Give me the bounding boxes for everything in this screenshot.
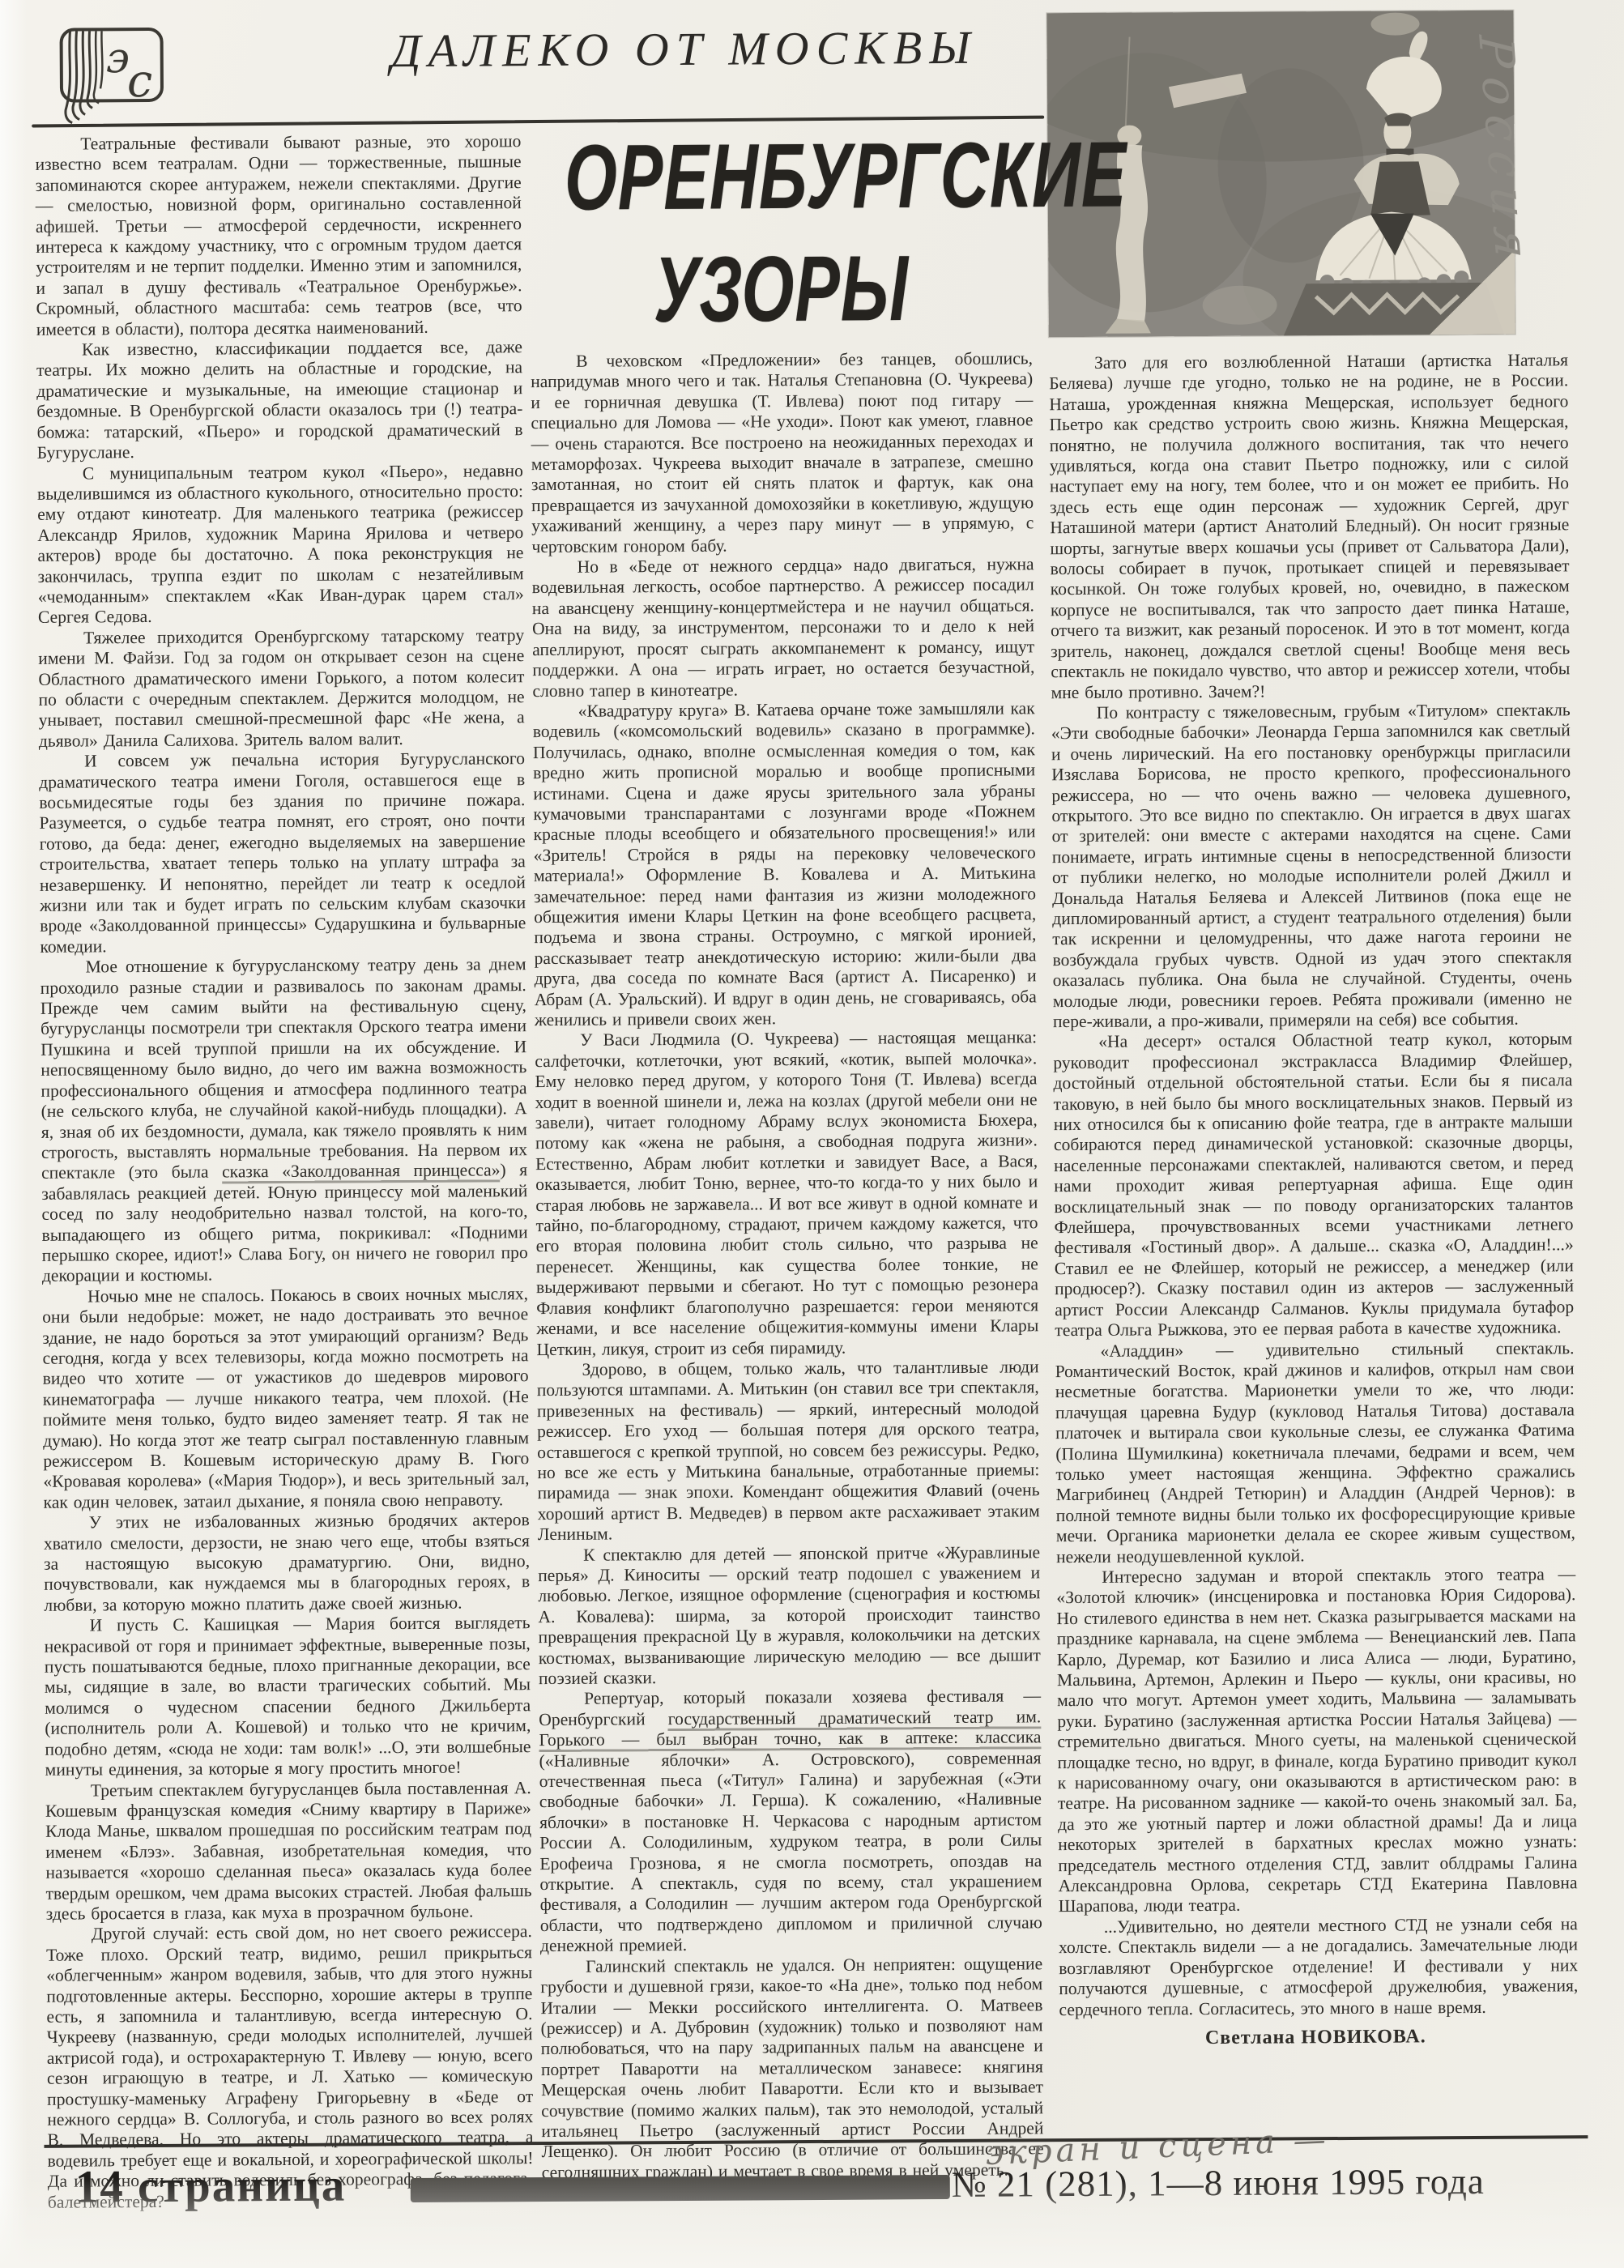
article-paragraph: И совсем уж печальна история Бугурусланс… (39, 748, 526, 957)
article-paragraph: К спектаклю для детей — японской притче … (538, 1542, 1041, 1690)
column-1: Театральные фестивали бывают разные, это… (35, 131, 534, 2213)
column-3-text: Зато для его возлюбленной Наташи (артист… (1049, 350, 1579, 2020)
article-paragraph: У Васи Людмила (О. Чукреева) — настоящая… (535, 1028, 1038, 1360)
article-paragraph: Театральные фестивали бывают разные, это… (35, 131, 522, 340)
article-paragraph: Интересно задуман и второй спектакль это… (1056, 1564, 1578, 1917)
article-paragraph: Но в «Беде от нежного сердца» надо двига… (532, 554, 1035, 701)
article-paragraph: Ночью мне не спалось. Покаюсь в своих но… (42, 1284, 530, 1513)
article-paragraph: И пусть С. Кашицкая — Мария боится выгля… (44, 1613, 531, 1780)
footer-bar (411, 2175, 950, 2202)
column-1-text: Театральные фестивали бывают разные, это… (35, 131, 534, 2213)
article-paragraph: Зато для его возлюбленной Наташи (артист… (1049, 350, 1571, 703)
article-paragraph: Здорово, в общем, только жаль, что талан… (537, 1357, 1040, 1545)
article-paragraph: Мое отношение к бугурусланскому театру д… (40, 954, 528, 1286)
column-2: ОРЕНБУРГСКИЕ УЗОРЫ В чеховском «Предложе… (529, 128, 1043, 2183)
article-paragraph: Как известно, классификации поддается вс… (36, 337, 523, 463)
headline-line-2: УЗОРЫ (565, 241, 998, 337)
article-paragraph: ...Удивительно, но деятели местного СТД … (1059, 1914, 1579, 2020)
article-paragraph: Галинский спектакль не удался. Он неприя… (540, 1954, 1044, 2183)
article-paragraph: «Квадратуру круга» В. Катаева орчане тож… (533, 698, 1037, 1030)
article-paragraph: У этих не избалованных жизнью бродячих а… (44, 1510, 531, 1616)
issue-date-label: № 21 (281), 1—8 июня 1995 года (952, 2160, 1485, 2206)
article-paragraph: Репертуар, который показали хозяева фест… (539, 1686, 1042, 1957)
column-3: Зато для его возлюбленной Наташи (артист… (1049, 350, 1579, 2050)
scan-tilt-wrapper: э с ДАЛЕКО ОТ МОСКВЫ (0, 0, 1624, 2268)
svg-text:э: э (106, 34, 130, 83)
article-paragraph: С муниципальным театром кукол «Пьеро», н… (37, 461, 524, 629)
page-number-label: 14 страница (75, 2159, 347, 2214)
article-paragraph: «На десерт» остался Областной театр куко… (1053, 1030, 1574, 1341)
svg-text:с: с (127, 55, 153, 108)
article-headline: ОРЕНБУРГСКИЕ УЗОРЫ (529, 128, 1033, 332)
newspaper-page: э с ДАЛЕКО ОТ МОСКВЫ (0, 0, 1624, 2268)
article-paragraph: Третьим спектаклем бугурусланцев была по… (45, 1778, 532, 1925)
section-title: ДАЛЕКО ОТ МОСКВЫ (390, 20, 941, 78)
newspaper-logo-icon: э с (57, 25, 171, 134)
headline-line-1: ОРЕНБУРГСКИЕ (565, 129, 997, 224)
article-paragraph: «Аладдин» — удивительно стильный спектак… (1055, 1338, 1575, 1567)
column-2-text: В чеховском «Предложении» без танцев, об… (531, 348, 1044, 2183)
article-paragraph: По контрасту с тяжеловесным, грубым «Тит… (1051, 700, 1572, 1032)
byline: Светлана НОВИКОВА. (1059, 2026, 1426, 2050)
article-paragraph: В чеховском «Предложении» без танцев, об… (531, 348, 1034, 557)
article-paragraph: Тяжелее приходится Оренбургскому татарск… (38, 625, 525, 752)
